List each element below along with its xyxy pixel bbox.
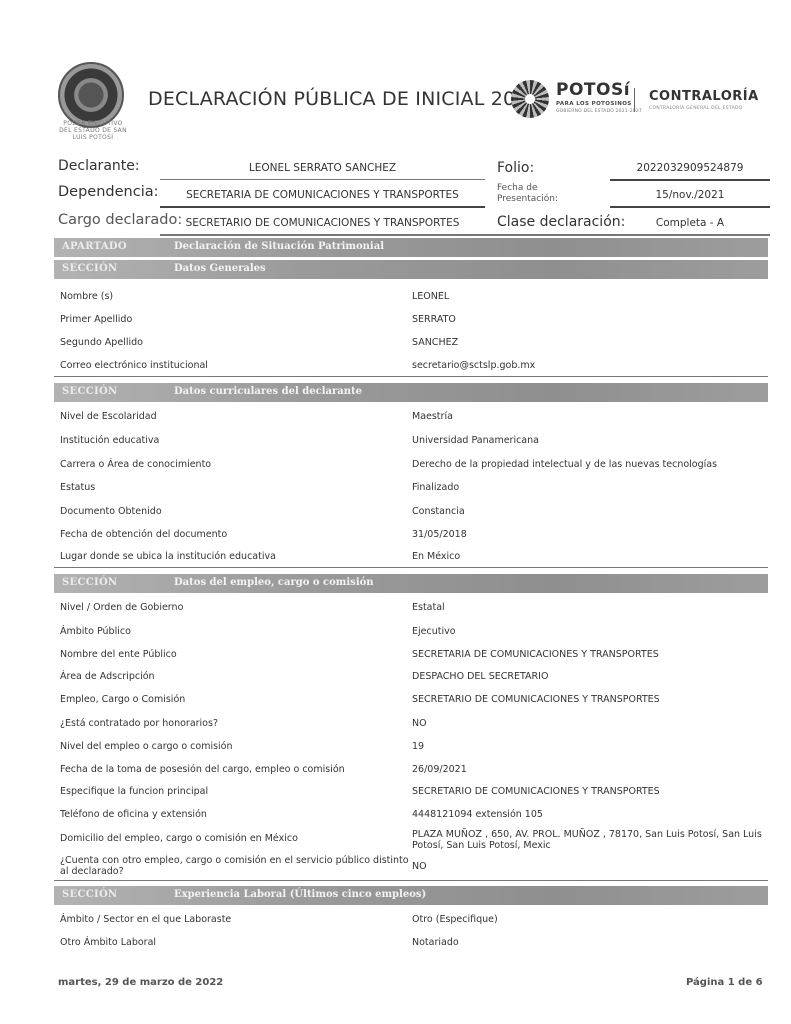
potosi-subtagline: GOBIERNO DEL ESTADO 2021-2027 [556, 109, 642, 114]
page-number: Página 1 de 6 [686, 977, 763, 988]
field-value: SANCHEZ [412, 337, 762, 348]
mexico-coat-of-arms-icon [58, 62, 124, 128]
field-label: Correo electrónico institucional [60, 360, 400, 371]
field-label: Lugar donde se ubica la institución educ… [60, 551, 400, 562]
field-value: secretario@sctslp.gob.mx [412, 360, 762, 371]
section-title: Datos curriculares del declarante [174, 386, 362, 397]
field-value: DESPACHO DEL SECRETARIO [412, 671, 762, 682]
field-value: NO [412, 861, 762, 872]
divider [610, 206, 770, 208]
potosi-logo-icon [511, 80, 549, 118]
apartado-tag: APARTADO [62, 241, 127, 252]
field-value: SECRETARIA DE COMUNICACIONES Y TRANSPORT… [412, 649, 762, 660]
field-label: Fecha de la toma de posesión del cargo, … [60, 764, 400, 775]
field-label: Nivel del empleo o cargo o comisión [60, 741, 400, 752]
field-value: Derecho de la propiedad intelectual y de… [412, 459, 762, 470]
field-label: Nivel de Escolaridad [60, 411, 400, 422]
apartado-header: APARTADO Declaración de Situación Patrim… [54, 238, 768, 257]
field-label: Nivel / Orden de Gobierno [60, 602, 400, 613]
section-tag: SECCIÓN [62, 577, 117, 588]
field-value: 19 [412, 741, 762, 752]
apartado-title: Declaración de Situación Patrimonial [174, 241, 384, 252]
field-label: Ámbito / Sector en el que Laboraste [60, 914, 400, 925]
field-label: Fecha de obtención del documento [60, 529, 400, 540]
dependencia-value: SECRETARIA DE COMUNICACIONES Y TRANSPORT… [160, 189, 485, 201]
divider [54, 567, 768, 568]
field-value: SERRATO [412, 314, 762, 325]
potosi-brand: POTOSí [556, 80, 630, 100]
field-label: Ámbito Público [60, 626, 400, 637]
contraloria-subtitle: CONTRALORÍA GENERAL DEL ESTADO [649, 106, 743, 111]
field-label: Primer Apellido [60, 314, 400, 325]
section-title: Datos Generales [174, 263, 266, 274]
field-label: Segundo Apellido [60, 337, 400, 348]
field-value: Otro (Especifique) [412, 914, 762, 925]
field-value: Finalizado [412, 482, 762, 493]
field-label: ¿Está contratado por honorarios? [60, 718, 400, 729]
field-label: Empleo, Cargo o Comisión [60, 694, 400, 705]
field-label: Carrera o Área de conocimiento [60, 459, 400, 470]
field-value: Constancia [412, 506, 762, 517]
section-header: SECCIÓN Datos Generales [54, 260, 768, 279]
folio-value: 2022032909524879 [610, 162, 770, 174]
field-value: En México [412, 551, 762, 562]
field-value: Universidad Panamericana [412, 435, 762, 446]
field-value: NO [412, 718, 762, 729]
section-title: Experiencia Laboral (Últimos cinco emple… [174, 889, 426, 900]
field-label: Nombre del ente Público [60, 649, 400, 660]
section-header: SECCIÓN Datos del empleo, cargo o comisi… [54, 574, 768, 593]
field-value: 26/09/2021 [412, 764, 762, 775]
seal-caption: PODER EJECUTIVO DEL ESTADO DE SAN LUIS P… [56, 120, 130, 141]
field-label: Especifique la funcion principal [60, 786, 400, 797]
field-label: Teléfono de oficina y extensión [60, 809, 400, 820]
field-label: ¿Cuenta con otro empleo, cargo o comisió… [60, 855, 410, 877]
field-label: Nombre (s) [60, 291, 400, 302]
field-label: Institución educativa [60, 435, 400, 446]
declarante-label: Declarante: [58, 158, 140, 174]
divider [610, 179, 770, 181]
field-label: Área de Adscripción [60, 671, 400, 682]
divider [160, 234, 770, 236]
field-value: PLAZA MUÑOZ , 650, AV. PROL. MUÑOZ , 781… [412, 829, 762, 851]
declarante-value: LEONEL SERRATO SANCHEZ [160, 162, 485, 174]
field-value: Notariado [412, 937, 762, 948]
section-tag: SECCIÓN [62, 386, 117, 397]
divider [54, 880, 768, 881]
folio-label: Folio: [497, 160, 534, 176]
declaration-page: PODER EJECUTIVO DEL ESTADO DE SAN LUIS P… [0, 0, 791, 1024]
divider [54, 376, 768, 377]
section-tag: SECCIÓN [62, 889, 117, 900]
document-title: DECLARACIÓN PÚBLICA DE INICIAL 2021 [148, 88, 540, 110]
potosi-tagline: PARA LOS POTOSINOS [556, 101, 632, 107]
fecha-presentacion-label: Fecha de Presentación: [497, 183, 587, 205]
dependencia-label: Dependencia: [58, 184, 159, 200]
section-title: Datos del empleo, cargo o comisión [174, 577, 374, 588]
contraloria-brand: CONTRALORÍA [649, 89, 759, 104]
field-value: Estatal [412, 602, 762, 613]
field-value: 31/05/2018 [412, 529, 762, 540]
field-value: Maestría [412, 411, 762, 422]
field-value: 4448121094 extensión 105 [412, 809, 762, 820]
field-value: SECRETARIO DE COMUNICACIONES Y TRANSPORT… [412, 694, 762, 705]
field-value: LEONEL [412, 291, 762, 302]
field-value: Ejecutivo [412, 626, 762, 637]
header-divider [634, 88, 635, 112]
cargo-value: SECRETARIO DE COMUNICACIONES Y TRANSPORT… [160, 217, 485, 229]
section-header: SECCIÓN Experiencia Laboral (Últimos cin… [54, 886, 768, 905]
field-label: Otro Ámbito Laboral [60, 937, 400, 948]
field-label: Domicilio del empleo, cargo o comisión e… [60, 833, 400, 844]
clase-declaracion-label: Clase declaración: [497, 214, 625, 230]
footer-date: martes, 29 de marzo de 2022 [58, 977, 223, 988]
clase-declaracion-value: Completa - A [610, 217, 770, 229]
fecha-presentacion-value: 15/nov./2021 [610, 189, 770, 201]
field-value: SECRETARIO DE COMUNICACIONES Y TRANSPORT… [412, 786, 762, 797]
divider [160, 206, 485, 208]
field-label: Estatus [60, 482, 400, 493]
field-label: Documento Obtenido [60, 506, 400, 517]
section-tag: SECCIÓN [62, 263, 117, 274]
divider [160, 179, 485, 180]
section-header: SECCIÓN Datos curriculares del declarant… [54, 383, 768, 402]
